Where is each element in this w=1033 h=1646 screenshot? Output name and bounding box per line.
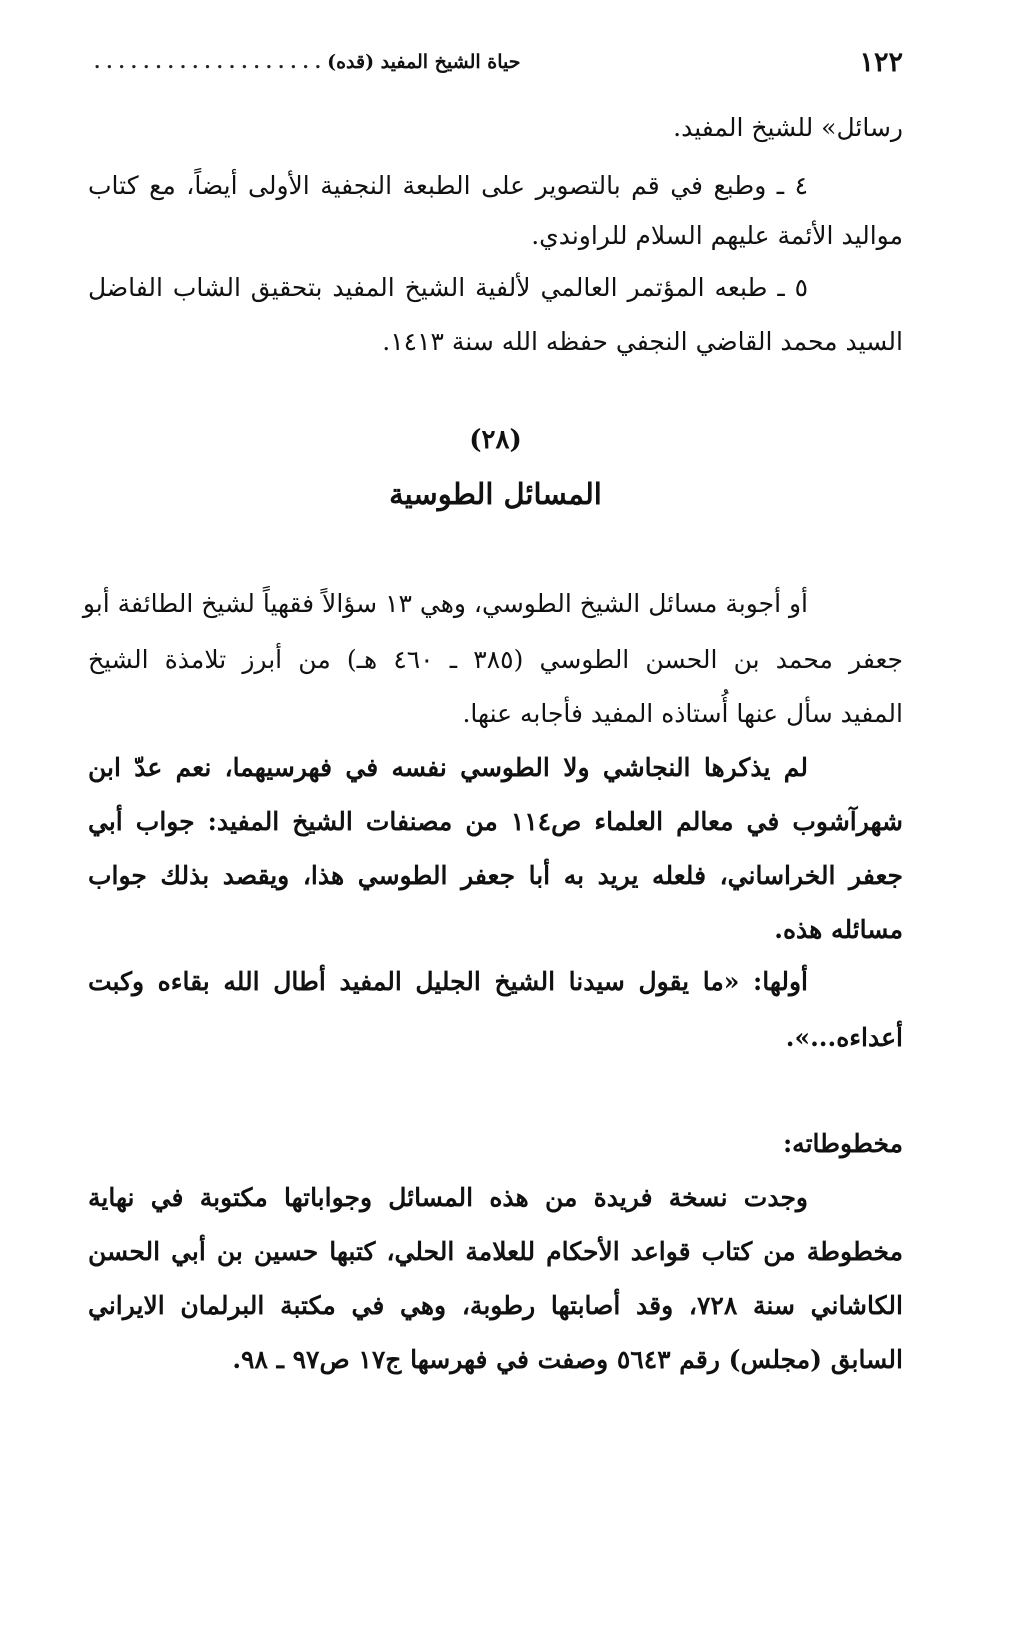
manuscripts-line: السابق (مجلس) رقم ٥٦٤٣ وصفت في فهرسها ج١… bbox=[88, 1340, 903, 1380]
list-item-4-cont: مواليد الأئمة عليهم السلام للراوندي. bbox=[88, 216, 903, 256]
paragraph-line: جعفر الخراساني، فلعله يريد به أبا جعفر ا… bbox=[88, 856, 903, 896]
quote-line: أعداءه...». bbox=[88, 1018, 903, 1058]
manuscripts-line: مخطوطة من كتاب قواعد الأحكام للعلامة الح… bbox=[88, 1232, 903, 1272]
manuscripts-line: الكاشاني سنة ٧٢٨، وقد أصابتها رطوبة، وهي… bbox=[88, 1286, 903, 1326]
paragraph-line: مسائله هذه. bbox=[88, 910, 903, 950]
leader-dots: ................... bbox=[94, 52, 327, 73]
manuscripts-line: وجدت نسخة فريدة من هذه المسائل وجواباتها… bbox=[88, 1178, 903, 1218]
paragraph-line: لم يذكرها النجاشي ولا الطوسي نفسه في فهر… bbox=[88, 748, 903, 788]
list-item-4: ٤ ـ وطبع في قم بالتصوير على الطبعة النجف… bbox=[88, 166, 903, 206]
page-header: ١٢٢ حياة الشيخ المفيد (قده) ............… bbox=[88, 42, 903, 82]
quote-line: أولها: «ما يقول سيدنا الشيخ الجليل المفي… bbox=[88, 962, 903, 1002]
text-line: رسائل» للشيخ المفيد. bbox=[88, 108, 903, 148]
running-title: حياة الشيخ المفيد (قده) bbox=[327, 51, 520, 73]
paragraph-line: شهرآشوب في معالم العلماء ص١١٤ من مصنفات … bbox=[88, 802, 903, 842]
paragraph-line: جعفر محمد بن الحسن الطوسي (٣٨٥ ـ ٤٦٠ هـ)… bbox=[88, 640, 903, 680]
page-number: ١٢٢ bbox=[859, 47, 903, 78]
section-number: (٢٨) bbox=[88, 420, 903, 460]
section-title: المسائل الطوسية bbox=[88, 474, 903, 514]
list-item-5-cont: السيد محمد القاضي النجفي حفظه الله سنة ١… bbox=[88, 322, 903, 362]
manuscripts-heading: مخطوطاته: bbox=[88, 1124, 903, 1164]
running-head: حياة الشيخ المفيد (قده) ................… bbox=[88, 51, 521, 73]
paragraph-line: أو أجوبة مسائل الشيخ الطوسي، وهي ١٣ سؤال… bbox=[88, 584, 903, 624]
paragraph-line: المفيد سأل عنها أُستاذه المفيد فأجابه عن… bbox=[88, 694, 903, 734]
list-item-5: ٥ ـ طبعه المؤتمر العالمي لألفية الشيخ ال… bbox=[88, 268, 903, 308]
